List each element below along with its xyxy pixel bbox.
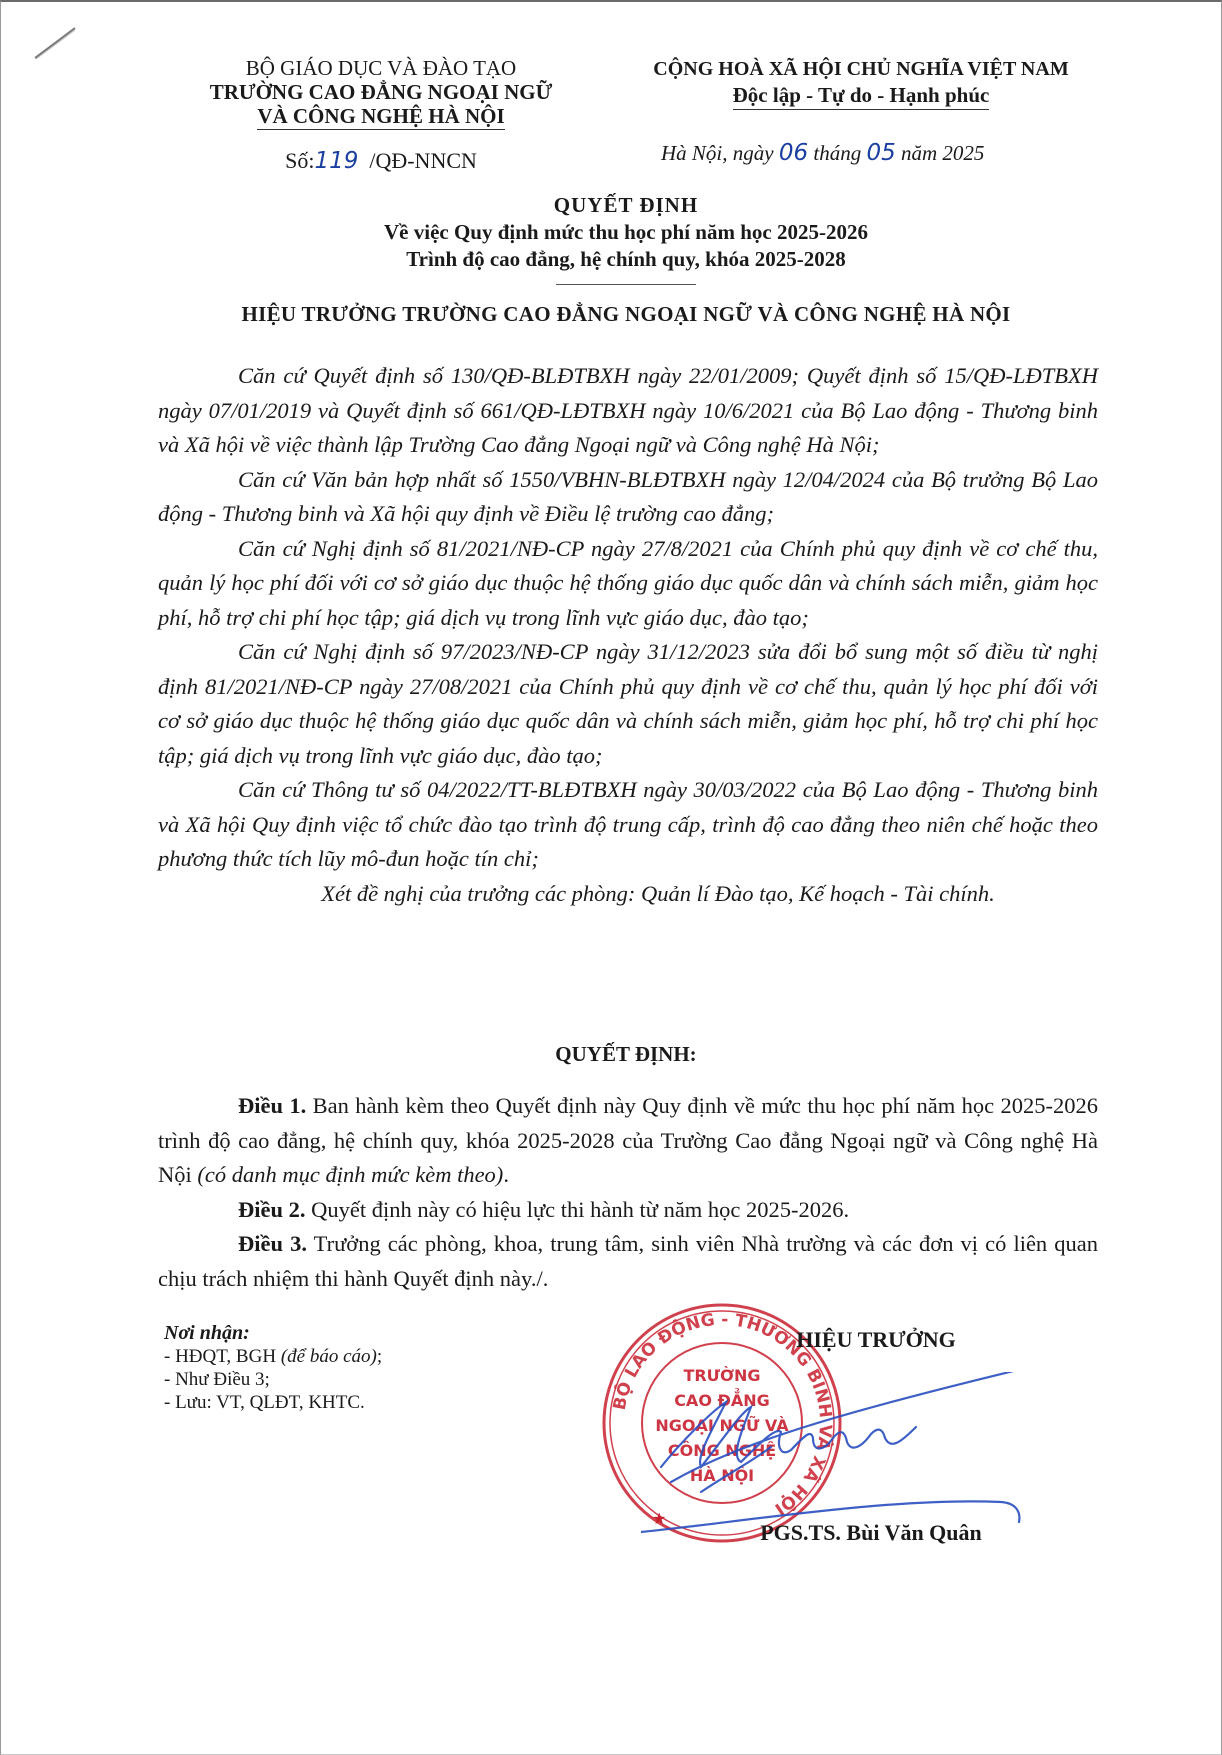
article-label: Điều 3.: [238, 1231, 307, 1256]
subject-line2: Trình độ cao đẳng, hệ chính quy, khóa 20…: [151, 246, 1101, 273]
doc-type: QUYẾT ĐỊNH: [151, 192, 1101, 219]
subject-line1: Về việc Quy định mức thu học phí năm học…: [151, 219, 1101, 246]
legal-basis: Căn cứ Quyết định số 130/QĐ-BLĐTBXH ngày…: [158, 359, 1098, 463]
school-name-line2: VÀ CÔNG NGHỆ HÀ NỘI: [257, 104, 504, 130]
docno-suffix: /QĐ-NNCN: [369, 148, 477, 173]
school-name-line1: TRƯỜNG CAO ĐẲNG NGOẠI NGỮ: [181, 80, 581, 104]
pen-stroke-mark: [31, 24, 81, 64]
year-text: năm 2025: [901, 141, 984, 165]
recipients: Nơi nhận: - HĐQT, BGH (để báo cáo); - Nh…: [164, 1322, 584, 1414]
legal-basis: Căn cứ Văn bản hợp nhất số 1550/VBHN-BLĐ…: [158, 463, 1098, 532]
document-page: BỘ GIÁO DỤC VÀ ĐÀO TẠO TRƯỜNG CAO ĐẲNG N…: [0, 0, 1222, 1755]
nation-name: CỘNG HOÀ XÃ HỘI CHỦ NGHĨA VIỆT NAM: [611, 56, 1111, 82]
legal-basis: Căn cứ Thông tư số 04/2022/TT-BLĐTBXH ng…: [158, 773, 1098, 877]
title-divider: [556, 284, 696, 285]
legal-basis: Căn cứ Nghị định số 97/2023/NĐ-CP ngày 3…: [158, 635, 1098, 773]
recipient-item: - HĐQT, BGH (để báo cáo);: [164, 1345, 584, 1368]
legal-basis: Căn cứ Nghị định số 81/2021/NĐ-CP ngày 2…: [158, 532, 1098, 636]
recipient-end: ;: [377, 1346, 382, 1367]
signer-name: PGS.TS. Bùi Văn Quân: [681, 1520, 1061, 1546]
article-3: Điều 3. Trưởng các phòng, khoa, trung tâ…: [158, 1227, 1098, 1296]
article-label: Điều 2.: [238, 1197, 306, 1222]
handwritten-signature: [641, 1372, 1061, 1542]
recipient-item: - Lưu: VT, QLĐT, KHTC.: [164, 1391, 584, 1414]
recipient-item: - Như Điều 3;: [164, 1368, 584, 1391]
document-title: QUYẾT ĐỊNH Về việc Quy định mức thu học …: [151, 192, 1101, 273]
proposal-basis: Xét đề nghị của trưởng các phòng: Quản l…: [158, 877, 1098, 912]
document-number: Số:119 /QĐ-NNCN: [181, 148, 581, 174]
article-label: Điều 1.: [238, 1093, 306, 1118]
ministry-name: BỘ GIÁO DỤC VÀ ĐÀO TẠO: [181, 56, 581, 80]
issuing-authority: HIỆU TRƯỞNG TRƯỜNG CAO ĐẲNG NGOẠI NGỮ VÀ…: [151, 302, 1101, 327]
legal-bases: Căn cứ Quyết định số 130/QĐ-BLĐTBXH ngày…: [158, 359, 1098, 911]
issuer-header: BỘ GIÁO DỤC VÀ ĐÀO TẠO TRƯỜNG CAO ĐẲNG N…: [181, 56, 581, 130]
docno-prefix: Số:: [285, 148, 314, 173]
article-end: .: [503, 1162, 509, 1187]
recipient-note: (để báo cáo): [281, 1346, 377, 1367]
article-2: Điều 2. Quyết định này có hiệu lực thi h…: [158, 1193, 1098, 1228]
article-note: (có danh mục định mức kèm theo): [197, 1162, 503, 1187]
date-prefix: Hà Nội, ngày: [661, 141, 774, 165]
issue-date: Hà Nội, ngày 06 tháng 05 năm 2025: [661, 140, 1081, 166]
recipient-text: - HĐQT, BGH: [164, 1346, 281, 1367]
decision-heading: QUYẾT ĐỊNH:: [151, 1042, 1101, 1067]
national-header: CỘNG HOÀ XÃ HỘI CHỦ NGHĨA VIỆT NAM Độc l…: [611, 56, 1111, 110]
docno-handwritten: 119: [314, 148, 358, 174]
signer-title: HIỆU TRƯỞNG: [721, 1327, 1031, 1353]
article-1: Điều 1. Ban hành kèm theo Quyết định này…: [158, 1089, 1098, 1193]
month-label: tháng: [813, 141, 861, 165]
article-text: Quyết định này có hiệu lực thi hành từ n…: [306, 1197, 850, 1222]
national-motto: Độc lập - Tự do - Hạnh phúc: [733, 82, 990, 110]
articles: Điều 1. Ban hành kèm theo Quyết định này…: [158, 1089, 1098, 1296]
day-handwritten: 06: [779, 140, 808, 166]
recipients-heading: Nơi nhận:: [164, 1322, 584, 1345]
month-handwritten: 05: [866, 140, 895, 166]
